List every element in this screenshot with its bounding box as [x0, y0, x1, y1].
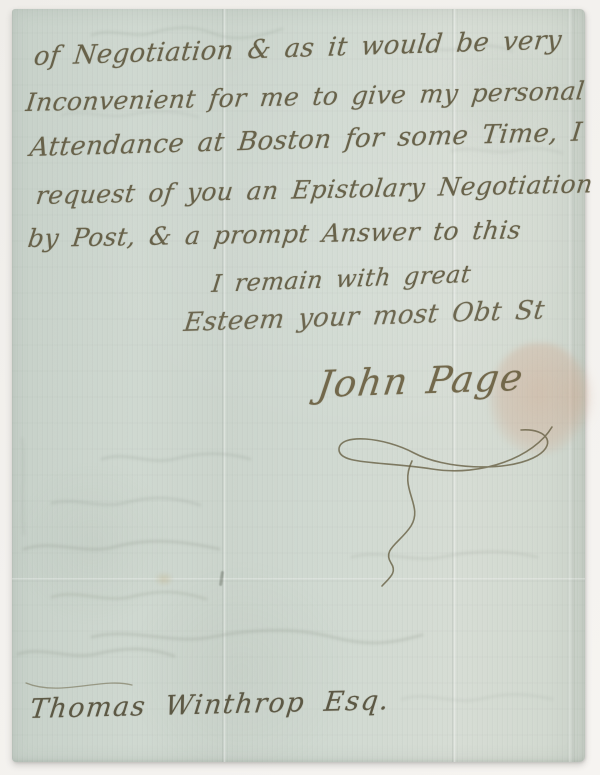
letter-line-4: request of you an Epistolary Negotiation [34, 169, 594, 210]
signature: John Page [315, 356, 527, 406]
letter-line-1: of Negotiation & as it would be very [32, 25, 563, 72]
address-line: Thomas Winthrop Esq. [28, 685, 391, 725]
signature-flourish-tail [382, 461, 415, 586]
closing-line-2: Esteem your most Obt St [182, 295, 546, 338]
closing-line-1: I remain with great [210, 260, 472, 298]
letter-page: of Negotiation & as it would be very Inc… [12, 9, 585, 762]
scan-background: of Negotiation & as it would be very Inc… [0, 0, 600, 775]
letter-line-3: Attendance at Boston for some Time, I [28, 118, 584, 164]
fold-crease-horizontal [12, 578, 585, 582]
address-flourish [26, 683, 132, 688]
small-fox-spot [155, 572, 173, 586]
letter-line-5: by Post, & a prompt Answer to this [26, 215, 523, 253]
seal-stain-halo [557, 361, 597, 431]
fold-crease-vertical-left [222, 9, 226, 762]
letter-line-2: Inconvenient for me to give my personal [24, 76, 586, 117]
